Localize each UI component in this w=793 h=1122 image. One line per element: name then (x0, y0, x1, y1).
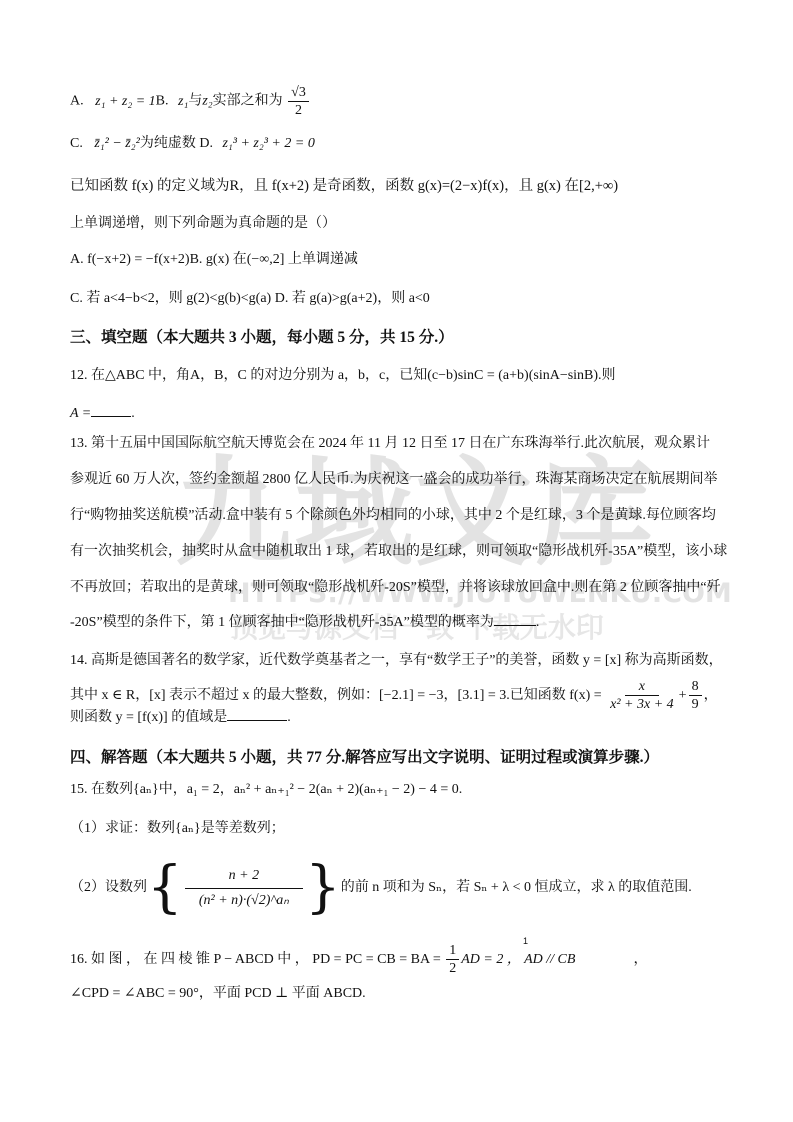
section-heading-fill-in: 三、填空题（本大题共 3 小题，每小题 5 分，共 15 分.） (70, 328, 454, 348)
comma: ， (633, 952, 647, 967)
q11-option-c: C. 若 a<4−b<2，则 g(2)<g(b)<g(a) (70, 291, 271, 306)
fraction-one-half: 1 2 (446, 942, 459, 977)
q12-answer-blank[interactable] (91, 402, 131, 417)
q13-line3: 行“购物抽奖送航模”活动.盒中装有 5 个除颜色外均相同的小球，其中 2 个是红… (70, 506, 716, 526)
fraction-denominator: x² + 3x + 4 (607, 696, 677, 713)
period: . (287, 710, 291, 725)
q14-line1: 14. 高斯是德国著名的数学家，近代数学奠基者之一，享有“数学王子”的美誉，函数… (70, 651, 723, 671)
q16-line1: 16. 如 图 ， 在 四 棱 锥 P − ABCD 中 ， PD = PC =… (70, 940, 647, 980)
q15-part2-suffix: 的前 n 项和为 Sₙ，若 Sₙ + λ < 0 恒成立，求 λ 的取值范围. (341, 880, 692, 895)
option-b-text: 与 (188, 94, 202, 109)
q16-line1-text: 16. 如 图 ， 在 四 棱 锥 P − ABCD 中 ， PD = PC =… (70, 952, 441, 967)
option-label-c: C. (70, 136, 83, 151)
q15-part2-prefix: （2）设数列 (70, 880, 147, 895)
option-a-expr: z₁ + z₂ = 1 (95, 94, 156, 109)
q13-answer-blank[interactable] (494, 611, 536, 626)
q13-line1: 13. 第十五届中国国际航空航天博览会在 2024 年 11 月 12 日至 1… (70, 434, 710, 454)
q14-line3: 则函数 y = [f(x)] 的值域是. (70, 706, 291, 728)
period: . (536, 615, 540, 630)
q16-line1-mid: AD = 2 ， AD // CB (461, 952, 575, 967)
q13-line6: -20S”模型的条件下，第 1 位顾客抽中“隐形战机歼-35A”模型的概率为. (70, 611, 539, 633)
fraction-denominator: 2 (292, 102, 305, 119)
option-label-a: A. (70, 94, 84, 109)
q12-line2: A =. (70, 402, 135, 424)
q11-line2: 上单调递增，则下列命题为真命题的是（） (70, 214, 336, 234)
q13-line2: 参观近 60 万人次，签约金额超 2800 亿人民币.为庆祝这一盛会的成功举行，… (70, 470, 718, 490)
q15-line1: 15. 在数列{aₙ}中，a₁ = 2，aₙ² + aₙ₊₁² − 2(aₙ +… (70, 780, 462, 800)
plus-sign: + (679, 688, 687, 703)
fraction-denominator: 2 (446, 960, 459, 977)
fraction-denominator: (n² + n)·(√2)^aₙ (196, 889, 292, 913)
q12-line1: 12. 在△ABC 中，角A，B，C 的对边分别为 a，b，c，已知(c−b)s… (70, 366, 616, 386)
option-b-z2: z₂ (202, 94, 212, 109)
q14-line2-text: 其中 x ∈ R，[x] 表示不超过 x 的最大整数，例如：[−2.1] = −… (70, 688, 602, 703)
q11-option-d: D. 若 g(a)>g(a+2)，则 a<0 (275, 291, 430, 306)
option-label-d: D. (199, 136, 213, 151)
period: . (131, 406, 135, 421)
q14-line3-text: 则函数 y = [f(x)] 的值域是 (70, 710, 227, 725)
q13-line4: 有一次抽奖机会，抽奖时从盒中随机取出 1 球，若取出的是红球，则可领取“隐形战机… (70, 542, 727, 562)
option-label-b: B. (156, 94, 169, 109)
fraction-sqrt3-over-2: √3 2 (288, 84, 309, 119)
q13-last-text: -20S”模型的条件下，第 1 位顾客抽中“隐形战机歼-35A”模型的概率为 (70, 615, 494, 630)
q15-part1: （1）求证：数列{aₙ}是等差数列； (70, 819, 285, 839)
option-b-text2: 实部之和为 (213, 94, 283, 109)
q12-answer-label: A = (70, 406, 91, 421)
q11-options-ab: A. f(−x+2) = −f(x+2)B. g(x) 在(−∞,2] 上单调递… (70, 250, 358, 270)
option-c-expr: z̄₁² − z̄₂² (94, 136, 139, 151)
q15-part2: （2）设数列{ n + 2 (n² + n)·(√2)^aₙ }的前 n 项和为… (70, 858, 692, 918)
q14-answer-blank[interactable] (227, 706, 287, 721)
option-d-expr: z₁³ + z₂³ + 2 = 0 (222, 136, 314, 151)
comma: ， (704, 688, 718, 703)
q13-line5: 不再放回；若取出的是黄球，则可领取“隐形战机歼-20S”模型，并将该球放回盒中.… (70, 578, 721, 598)
fraction-denominator: 9 (689, 696, 702, 713)
fraction-8-over-9: 8 9 (689, 678, 702, 713)
section-heading-solutions: 四、解答题（本大题共 5 小题，共 77 分.解答应写出文字说明、证明过程或演算… (70, 748, 659, 768)
left-brace: { (147, 855, 183, 920)
fraction-numerator: n + 2 (185, 864, 303, 889)
fraction-numerator: x (625, 678, 659, 696)
q16-line2: ∠CPD = ∠ABC = 90°，平面 PCD ⊥ 平面 ABCD. (70, 984, 366, 1004)
fraction-sequence-term: n + 2 (n² + n)·(√2)^aₙ (185, 864, 303, 913)
right-brace: } (305, 855, 341, 920)
fraction-numerator: 1 (446, 942, 459, 960)
q11-line1: 已知函数 f(x) 的定义域为R，且 f(x+2) 是奇函数，函数 g(x)=(… (70, 176, 618, 196)
q10-options-cd: C. z̄₁² − z̄₂²为纯虚数 D. z₁³ + z₂³ + 2 = 0 (70, 134, 315, 154)
q10-options-ab: A. z₁ + z₂ = 1B. z₁与z₂实部之和为 √3 2 (70, 84, 311, 119)
option-b-z1: z₁ (178, 94, 188, 109)
q11-options-cd: C. 若 a<4−b<2，则 g(2)<g(b)<g(a) D. 若 g(a)>… (70, 289, 430, 309)
fraction-numerator: 8 (689, 678, 702, 696)
q11-option-b: B. g(x) 在(−∞,2] 上单调递减 (190, 252, 358, 267)
q11-option-a: A. f(−x+2) = −f(x+2) (70, 252, 190, 267)
option-c-text: 为纯虚数 (140, 136, 196, 151)
fraction-numerator: √3 (288, 84, 309, 102)
fraction-x-over-quadratic: x x² + 3x + 4 (607, 678, 677, 713)
